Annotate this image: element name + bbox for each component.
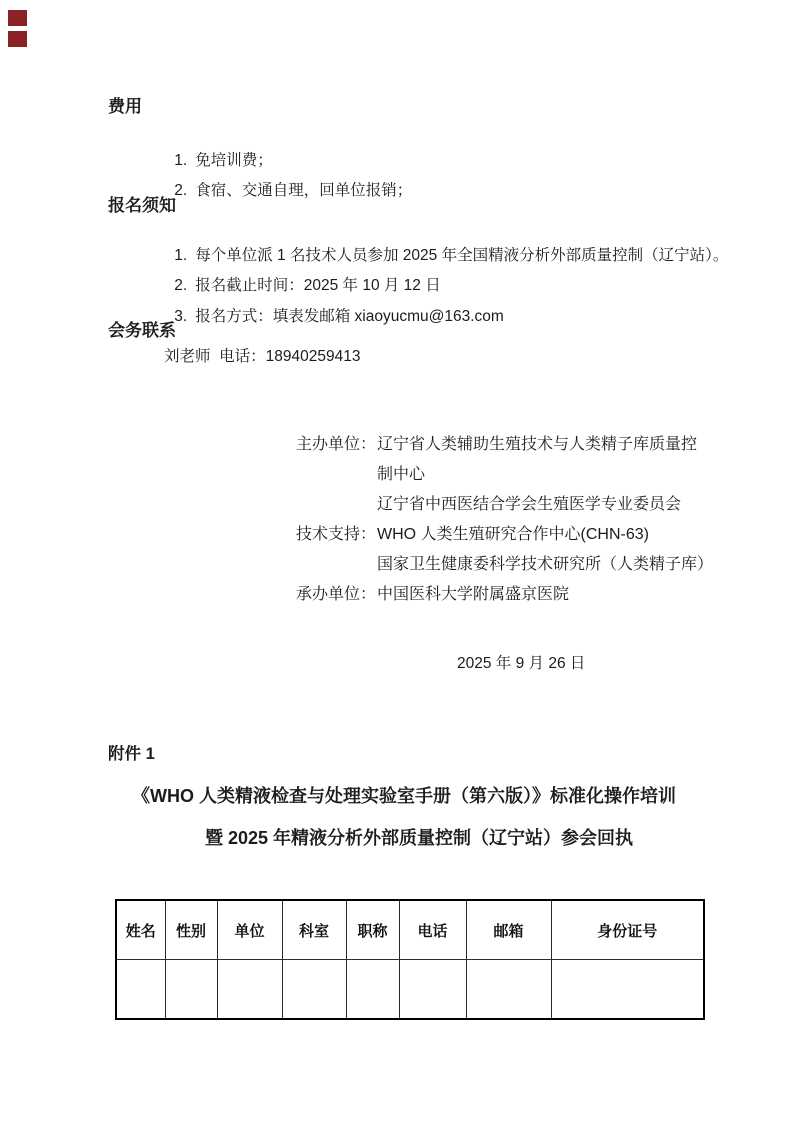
attachment-title-line2: 暨 2025 年精液分析外部质量控制（辽宁站）参会回执 — [205, 826, 633, 850]
organizer-value: 辽宁省人类辅助生殖技术与人类精子库质量控 — [377, 435, 697, 455]
list-text: 报名方式：填表发邮箱 xiaoyucmu@163.com — [195, 308, 504, 325]
organizer-row: 承办单位： 中国医科大学附属盛京医院 — [296, 585, 736, 605]
organizer-row: 主办单位： 辽宁省人类辅助生殖技术与人类精子库质量控 — [296, 435, 736, 455]
col-header-gender: 性别 — [165, 900, 217, 960]
table-cell-empty — [217, 960, 282, 1020]
col-header-department: 科室 — [282, 900, 346, 960]
table-cell-empty — [399, 960, 466, 1020]
list-text: 食宿、交通自理，回单位报销； — [195, 182, 412, 199]
red-corner-mark-top — [8, 10, 27, 26]
col-header-name: 姓名 — [116, 900, 165, 960]
col-header-unit: 单位 — [217, 900, 282, 960]
organizer-label: 承办单位： — [296, 585, 376, 605]
table-header-row: 姓名 性别 单位 科室 职称 电话 邮箱 身份证号 — [116, 900, 704, 960]
organizer-value: 中国医科大学附属盛京医院 — [377, 585, 569, 605]
contact-line: 刘老师 电话：18940259413 — [164, 347, 360, 367]
table-row — [116, 960, 704, 1020]
organizer-row: 技术支持： WHO 人类生殖研究合作中心(CHN-63) — [296, 525, 736, 545]
reply-table: 姓名 性别 单位 科室 职称 电话 邮箱 身份证号 — [115, 899, 705, 1020]
signup-item-3: 3.报名方式：填表发邮箱 xiaoyucmu@163.com — [157, 287, 504, 347]
organizer-value: 国家卫生健康委科学技术研究所（人类精子库） — [377, 555, 713, 575]
attachment-title-line1: 《WHO 人类精液检查与处理实验室手册（第六版）》标准化操作培训 — [132, 784, 676, 808]
table-cell-empty — [346, 960, 399, 1020]
col-header-id-number: 身份证号 — [551, 900, 704, 960]
fee-heading: 费用 — [108, 97, 142, 117]
organizer-row: 国家卫生健康委科学技术研究所（人类精子库） — [296, 555, 736, 575]
col-header-title: 职称 — [346, 900, 399, 960]
list-number: 2. — [174, 181, 195, 201]
organizer-value: WHO 人类生殖研究合作中心(CHN-63) — [377, 525, 649, 545]
red-corner-mark-bottom — [8, 31, 27, 47]
list-number: 3. — [174, 307, 195, 327]
table-cell-empty — [116, 960, 165, 1020]
organizer-row: 制中心 — [296, 465, 736, 485]
signup-heading: 报名须知 — [108, 196, 176, 216]
col-header-phone: 电话 — [399, 900, 466, 960]
table-cell-empty — [466, 960, 551, 1020]
contact-heading: 会务联系 — [108, 321, 176, 341]
table-cell-empty — [282, 960, 346, 1020]
document-page: 费用 1.免培训费； 2.食宿、交通自理，回单位报销； 报名须知 1.每个单位派… — [0, 0, 800, 1132]
organizer-label: 主办单位： — [296, 435, 376, 455]
organizer-label: 技术支持： — [296, 525, 376, 545]
table-cell-empty — [165, 960, 217, 1020]
organizer-row: 辽宁省中西医结合学会生殖医学专业委员会 — [296, 495, 736, 515]
date-line: 2025 年 9 月 26 日 — [457, 654, 585, 674]
table-cell-empty — [551, 960, 704, 1020]
organizer-value: 制中心 — [377, 465, 425, 485]
fee-item-2: 2.食宿、交通自理，回单位报销； — [157, 161, 412, 221]
organizer-value: 辽宁省中西医结合学会生殖医学专业委员会 — [377, 495, 681, 515]
col-header-email: 邮箱 — [466, 900, 551, 960]
attachment-label: 附件 1 — [108, 744, 155, 764]
